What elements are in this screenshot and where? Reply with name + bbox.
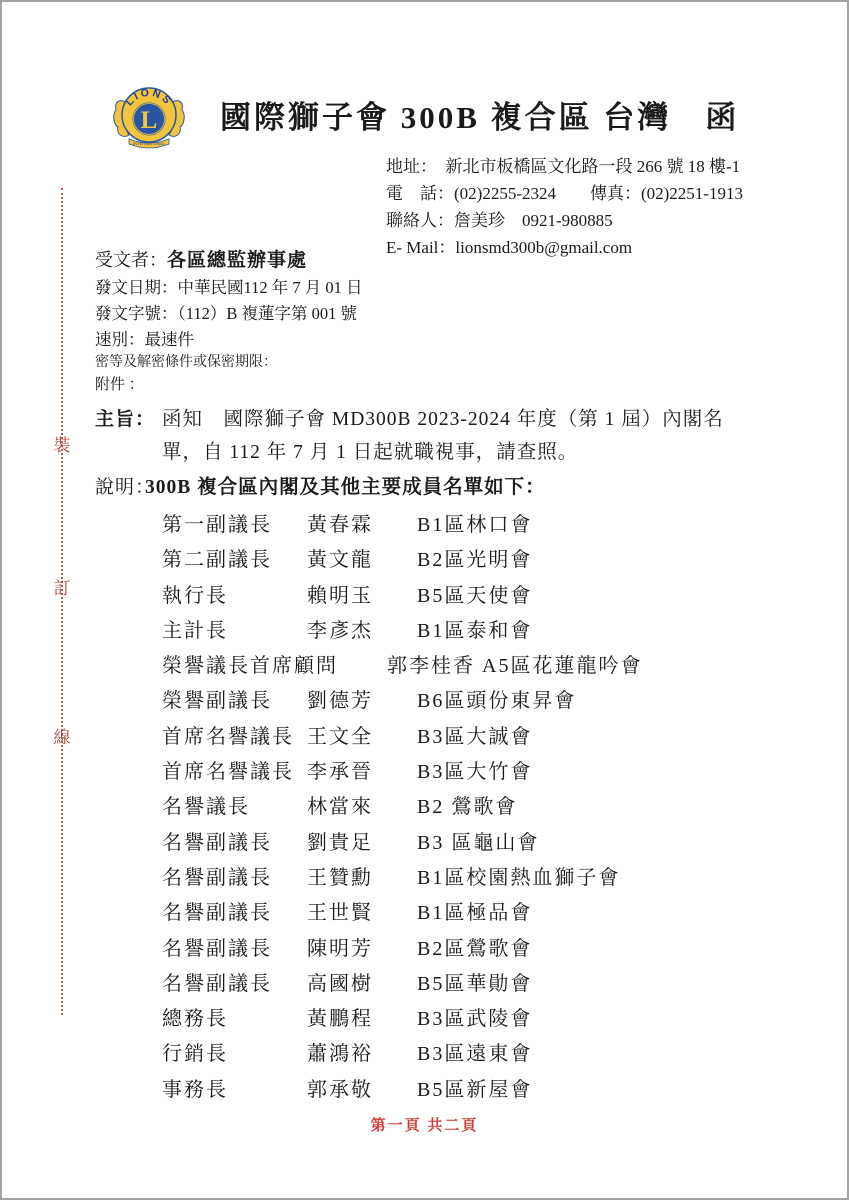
roster-row: 首席名譽議長李承晉B3區大竹會 <box>162 755 782 790</box>
binding-mark-xian: 線 <box>51 727 73 749</box>
roster-position-title: 榮譽副議長 <box>162 684 272 713</box>
roster-member-club: B2 鶯歌會 <box>417 790 517 819</box>
roster-position-title: 第一副議長 <box>162 508 272 537</box>
roster-member-name: 賴明玉 <box>307 579 373 608</box>
roster-member-name: 王世賢 <box>307 896 373 925</box>
security-class-line: 密等及解密條件或保密期限： <box>95 352 695 374</box>
subject-text-line1: 函知 國際獅子會 MD300B 2023-2024 年度（第 1 屆）內閣名 <box>162 403 724 431</box>
official-letter-page: 裝 訂 線 LIONS L INTERNATIONAL 國際獅子會 30 <box>0 0 849 1200</box>
recipient-line: 受文者：各區總監辦事處 <box>95 246 695 275</box>
roster-row: 名譽副議長王世賢B1區極品會 <box>162 896 782 931</box>
recipient-label: 受文者： <box>95 250 167 270</box>
roster-position-title: 事務長 <box>162 1073 228 1102</box>
contact-address-line: 地址： 新北市板橋區文化路一段 266 號 18 樓-1 <box>386 153 806 180</box>
contact-phone-fax-line: 電 話：(02)2255-2324 傳真：(02)2251-1913 <box>386 180 806 207</box>
roster-member-name: 劉貴足 <box>307 826 373 855</box>
roster-row: 主計長李彥杰B1區泰和會 <box>162 614 782 649</box>
roster-row: 名譽議長林當來B2 鶯歌會 <box>162 790 782 825</box>
roster-row: 總務長黃鵬程B3區武陵會 <box>162 1002 782 1037</box>
roster-row: 名譽副議長王贊勳B1區校園熱血獅子會 <box>162 861 782 896</box>
svg-text:INTERNATIONAL: INTERNATIONAL <box>133 141 165 146</box>
roster-member-name: 陳明芳 <box>307 932 373 961</box>
roster-row: 第一副議長黃春霖B1區林口會 <box>162 508 782 543</box>
explanation-text: 300B 複合區內閣及其他主要成員名單如下： <box>145 471 546 499</box>
roster-member-name: 李承晉 <box>307 755 373 784</box>
roster-row: 名譽副議長劉貴足B3 區龜山會 <box>162 826 782 861</box>
roster-member-name: 蕭鴻裕 <box>307 1037 373 1066</box>
document-title: 國際獅子會 300B 複合區 台灣 函 <box>220 92 780 137</box>
roster-position-title: 第二副議長 <box>162 543 272 572</box>
issue-date-line: 發文日期：中華民國112 年 7 月 01 日 <box>95 275 695 301</box>
subject-text-line2: 單，自 112 年 7 月 1 日起就職視事，請查照。 <box>162 436 578 464</box>
document-meta-block: 受文者：各區總監辦事處 發文日期：中華民國112 年 7 月 01 日 發文字號… <box>95 246 695 396</box>
speed-class-line: 速別：最速件 <box>95 327 695 352</box>
roster-position-title: 榮譽議長首席顧問 <box>162 649 338 678</box>
roster-member-name: 林當來 <box>307 790 373 819</box>
roster-row: 榮譽議長首席顧問郭李桂香A5區花蓮龍吟會 <box>162 649 782 684</box>
roster-row: 名譽副議長陳明芳B2區鶯歌會 <box>162 932 782 967</box>
roster-member-name: 李彥杰 <box>307 614 373 643</box>
binding-mark-ding: 訂 <box>51 578 73 600</box>
binding-dotted-line <box>61 188 63 1015</box>
roster-position-title: 名譽副議長 <box>162 932 272 961</box>
roster-row: 首席名譽議長王文全B3區大誠會 <box>162 720 782 755</box>
roster-member-club: B1區泰和會 <box>417 614 532 643</box>
roster-member-name: 王文全 <box>307 720 373 749</box>
page-indicator: 第一頁 共二頁 <box>2 1114 847 1135</box>
roster-member-club: B3區遠東會 <box>417 1037 532 1066</box>
binding-mark-zhuang: 裝 <box>51 435 73 457</box>
roster: 第一副議長黃春霖B1區林口會第二副議長黃文龍B2區光明會執行長賴明玉B5區天使會… <box>162 508 782 1108</box>
roster-row: 行銷長蕭鴻裕B3區遠東會 <box>162 1037 782 1072</box>
roster-row: 榮譽副議長劉德芳B6區頭份東昇會 <box>162 684 782 719</box>
svg-text:L: L <box>141 107 158 134</box>
roster-row: 第二副議長黃文龍B2區光明會 <box>162 543 782 578</box>
roster-position-title: 總務長 <box>162 1002 228 1031</box>
roster-row: 名譽副議長高國樹B5區華勛會 <box>162 967 782 1002</box>
roster-member-club: B3區大誠會 <box>417 720 532 749</box>
roster-member-club: B1區極品會 <box>417 896 532 925</box>
roster-member-club: B1區林口會 <box>417 508 532 537</box>
roster-position-title: 名譽副議長 <box>162 967 272 996</box>
roster-member-club: B2區光明會 <box>417 543 532 572</box>
roster-member-name: 黃春霖 <box>307 508 373 537</box>
lions-international-logo-icon: LIONS L INTERNATIONAL <box>113 77 185 153</box>
roster-member-name: 高國樹 <box>307 967 373 996</box>
roster-member-club: B5區新屋會 <box>417 1073 532 1102</box>
roster-member-name: 黃鵬程 <box>307 1002 373 1031</box>
roster-position-title: 首席名譽議長 <box>162 720 294 749</box>
roster-row: 事務長郭承敬B5區新屋會 <box>162 1073 782 1108</box>
roster-row: 執行長賴明玉B5區天使會 <box>162 579 782 614</box>
recipient-value: 各區總監辦事處 <box>167 250 307 271</box>
contact-person-line: 聯絡人：詹美珍 0921-980885 <box>386 207 806 234</box>
roster-member-club: B3區武陵會 <box>417 1002 532 1031</box>
contact-block: 地址： 新北市板橋區文化路一段 266 號 18 樓-1 電 話：(02)225… <box>386 153 806 261</box>
roster-position-title: 行銷長 <box>162 1037 228 1066</box>
roster-member-name: 劉德芳 <box>307 684 373 713</box>
roster-position-title: 首席名譽議長 <box>162 755 294 784</box>
reference-number-line: 發文字號：（112）B 複蓮字第 001 號 <box>95 301 695 327</box>
roster-member-club: B1區校園熱血獅子會 <box>417 861 620 890</box>
attachment-line: 附件 ： <box>95 374 695 396</box>
roster-member-club: B3 區龜山會 <box>417 826 539 855</box>
roster-member-club: B5區天使會 <box>417 579 532 608</box>
roster-position-title: 名譽副議長 <box>162 896 272 925</box>
roster-member-name: 王贊勳 <box>307 861 373 890</box>
roster-member-club: B2區鶯歌會 <box>417 932 532 961</box>
roster-position-title: 名譽議長 <box>162 790 250 819</box>
roster-member-name: 郭李桂香 <box>387 649 475 678</box>
roster-position-title: 主計長 <box>162 614 228 643</box>
roster-member-club: A5區花蓮龍吟會 <box>482 649 642 678</box>
roster-member-club: B3區大竹會 <box>417 755 532 784</box>
roster-member-club: B6區頭份東昇會 <box>417 684 576 713</box>
roster-position-title: 名譽副議長 <box>162 861 272 890</box>
subject-label: 主旨： <box>95 404 155 431</box>
roster-member-club: B5區華勛會 <box>417 967 532 996</box>
roster-position-title: 執行長 <box>162 579 228 608</box>
roster-member-name: 郭承敬 <box>307 1073 373 1102</box>
roster-position-title: 名譽副議長 <box>162 826 272 855</box>
roster-member-name: 黃文龍 <box>307 543 373 572</box>
